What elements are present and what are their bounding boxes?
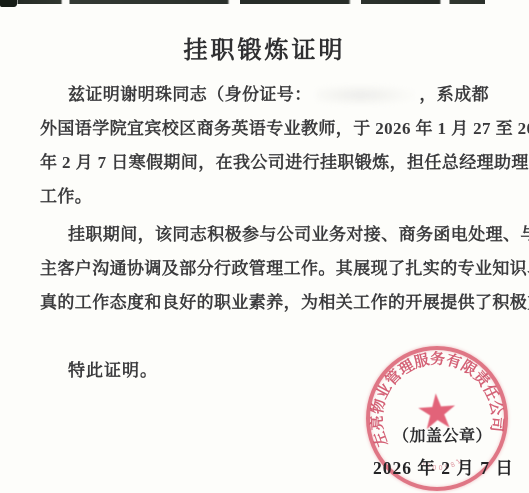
line-1-prefix: 兹证明谢明珠同志（身份证号：	[68, 78, 312, 112]
paragraph-1-line-1: 兹证明谢明珠同志（身份证号： ，系成都	[40, 78, 489, 112]
scan-edge-artifact-strip	[0, 0, 505, 4]
paragraph-1: 兹证明谢明珠同志（身份证号： ，系成都 外国语学院宜宾校区商务英语专业教师，于 …	[40, 78, 489, 214]
seal-note: （加盖公章）	[393, 423, 492, 446]
paragraph-2-line-1: 挂职期间，该同志积极参与公司业务对接、商务函电处理、与业	[40, 218, 489, 252]
paragraph-1-line-3: 年 2 月 7 日寒假期间，在我公司进行挂职锻炼，担任总经理助理岗位	[40, 146, 489, 180]
redacted-id-area	[316, 84, 416, 106]
paragraph-2-line-3: 真的工作态度和良好的职业素养，为相关工作的开展提供了积极支持。	[40, 286, 489, 320]
certificate-document: 挂职锻炼证明 兹证明谢明珠同志（身份证号： ，系成都 外国语学院宜宾校区商务英语…	[0, 0, 529, 493]
paragraph-1-line-4: 工作。	[40, 180, 489, 214]
document-date: 2026 年 2 月 7 日	[373, 455, 514, 480]
paragraph-2-line-2: 主客户沟通协调及部分行政管理工作。其展现了扎实的专业知识、认	[40, 252, 489, 286]
document-title: 挂职锻炼证明	[0, 30, 529, 65]
closing-statement: 特此证明。	[68, 356, 158, 381]
paragraph-1-line-2: 外国语学院宜宾校区商务英语专业教师，于 2026 年 1 月 27 至 2026	[40, 112, 489, 146]
line-1-suffix: ，系成都	[419, 78, 489, 112]
paragraph-2: 挂职期间，该同志积极参与公司业务对接、商务函电处理、与业 主客户沟通协调及部分行…	[40, 218, 489, 320]
